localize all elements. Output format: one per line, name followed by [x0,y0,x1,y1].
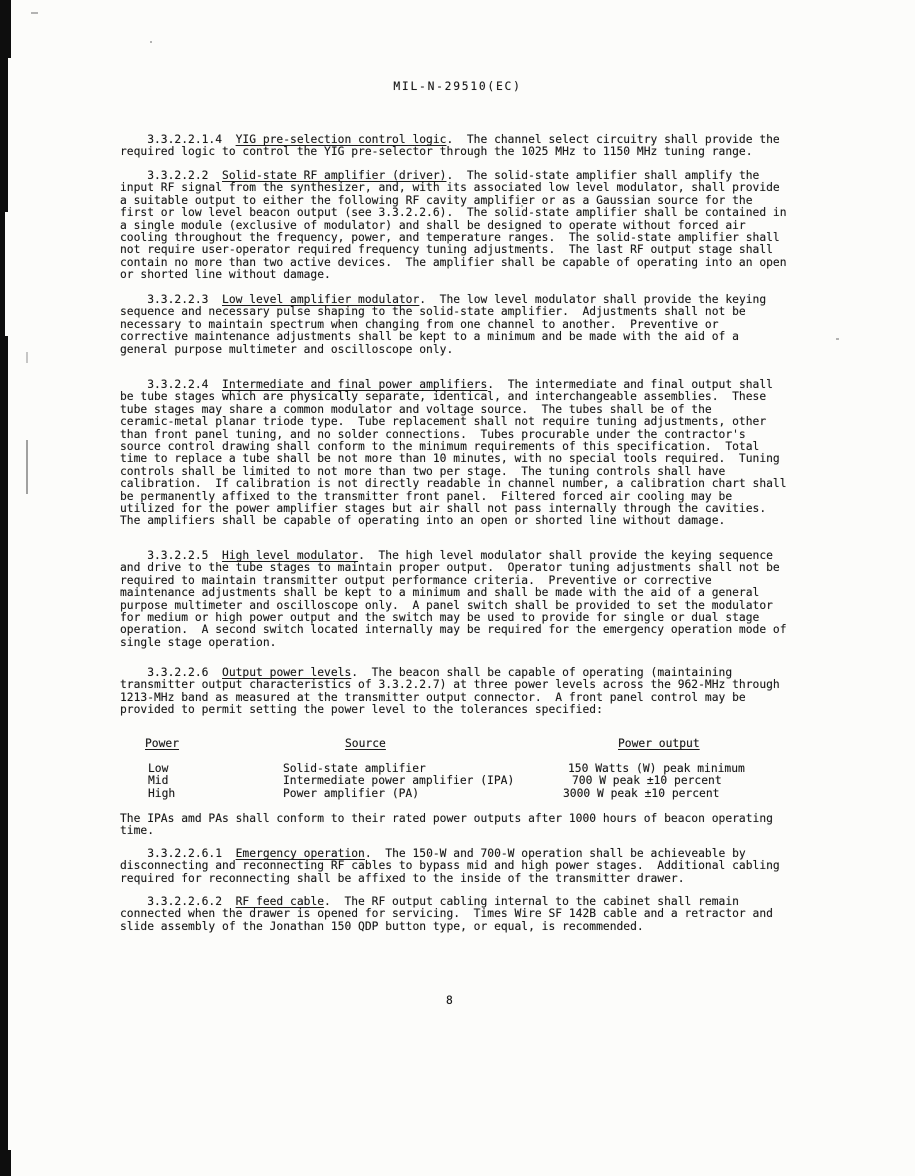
table-cell-output-mid: 700 W peak ±10 percent [572,775,722,787]
section-lead: 3.3.2.2.4 [120,378,222,391]
document-page: MIL-N-29510(EC) 3.3.2.2.1.4 YIG pre-sele… [0,0,915,1176]
scan-edge-artifact [0,0,11,58]
section-text: . The intermediate and final output shal… [120,378,787,527]
section-lead: 3.3.2.2.2 [120,169,222,182]
section-lead: 3.3.2.2.6 [120,666,222,679]
scan-speck [26,352,28,363]
power-levels-table: Power Source Power output Low Solid-stat… [120,738,820,802]
section-title: Solid-state RF amplifier (driver) [222,169,446,182]
section-lead: 3.3.2.2.3 [120,293,222,306]
section-3-3-2-2-5: 3.3.2.2.5 High level modulator. The high… [120,550,820,649]
table-header-source: Source [345,738,386,750]
table-cell-power-mid: Mid [148,775,168,787]
section-lead: 3.3.2.2.5 [120,549,222,562]
section-title: Low level amplifier modulator [222,293,419,306]
table-cell-source-high: Power amplifier (PA) [283,788,419,800]
section-3-3-2-2-4: 3.3.2.2.4 Intermediate and final power a… [120,379,820,528]
section-3-3-2-2-3: 3.3.2.2.3 Low level amplifier modulator.… [120,294,820,356]
section-3-3-2-2-1-4: 3.3.2.2.1.4 YIG pre-selection control lo… [120,134,820,159]
table-header-power: Power [145,738,179,750]
scan-speck [26,440,28,494]
section-title: Intermediate and final power amplifiers [222,378,487,391]
section-lead: 3.3.2.2.6.2 [120,895,236,908]
section-3-3-2-2-6-1: 3.3.2.2.6.1 Emergency operation. The 150… [120,848,820,885]
scan-speck [836,338,839,340]
section-title: YIG pre-selection control logic [236,133,447,146]
section-text: . The high level modulator shall provide… [120,549,787,649]
section-title: Emergency operation [236,847,365,860]
table-cell-power-high: High [148,788,175,800]
table-closing-note: The IPAs amd PAs shall conform to their … [120,813,820,838]
page-number: 8 [446,995,453,1007]
section-lead: 3.3.2.2.6.1 [120,847,236,860]
table-cell-output-high: 3000 W peak ±10 percent [563,788,719,800]
section-title: High level modulator [222,549,358,562]
scan-edge-artifact [0,1150,11,1176]
scan-speck [31,12,38,14]
section-3-3-2-2-6: 3.3.2.2.6 Output power levels. The beaco… [120,667,820,717]
section-lead: 3.3.2.2.1.4 [120,133,236,146]
section-text: . The solid-state amplifier shall amplif… [120,169,787,281]
closing-text: The IPAs amd PAs shall conform to their … [120,812,773,837]
table-cell-source-mid: Intermediate power amplifier (IPA) [283,775,514,787]
section-3-3-2-2-6-2: 3.3.2.2.6.2 RF feed cable. The RF output… [120,896,820,933]
section-3-3-2-2-2: 3.3.2.2.2 Solid-state RF amplifier (driv… [120,170,820,282]
scan-edge-notch [5,212,8,336]
section-title: Output power levels [222,666,351,679]
document-body: 3.3.2.2.1.4 YIG pre-selection control lo… [120,0,820,1176]
scan-edge-artifact [0,0,8,1176]
table-header-power-output: Power output [618,738,700,750]
section-title: RF feed cable [236,895,324,908]
